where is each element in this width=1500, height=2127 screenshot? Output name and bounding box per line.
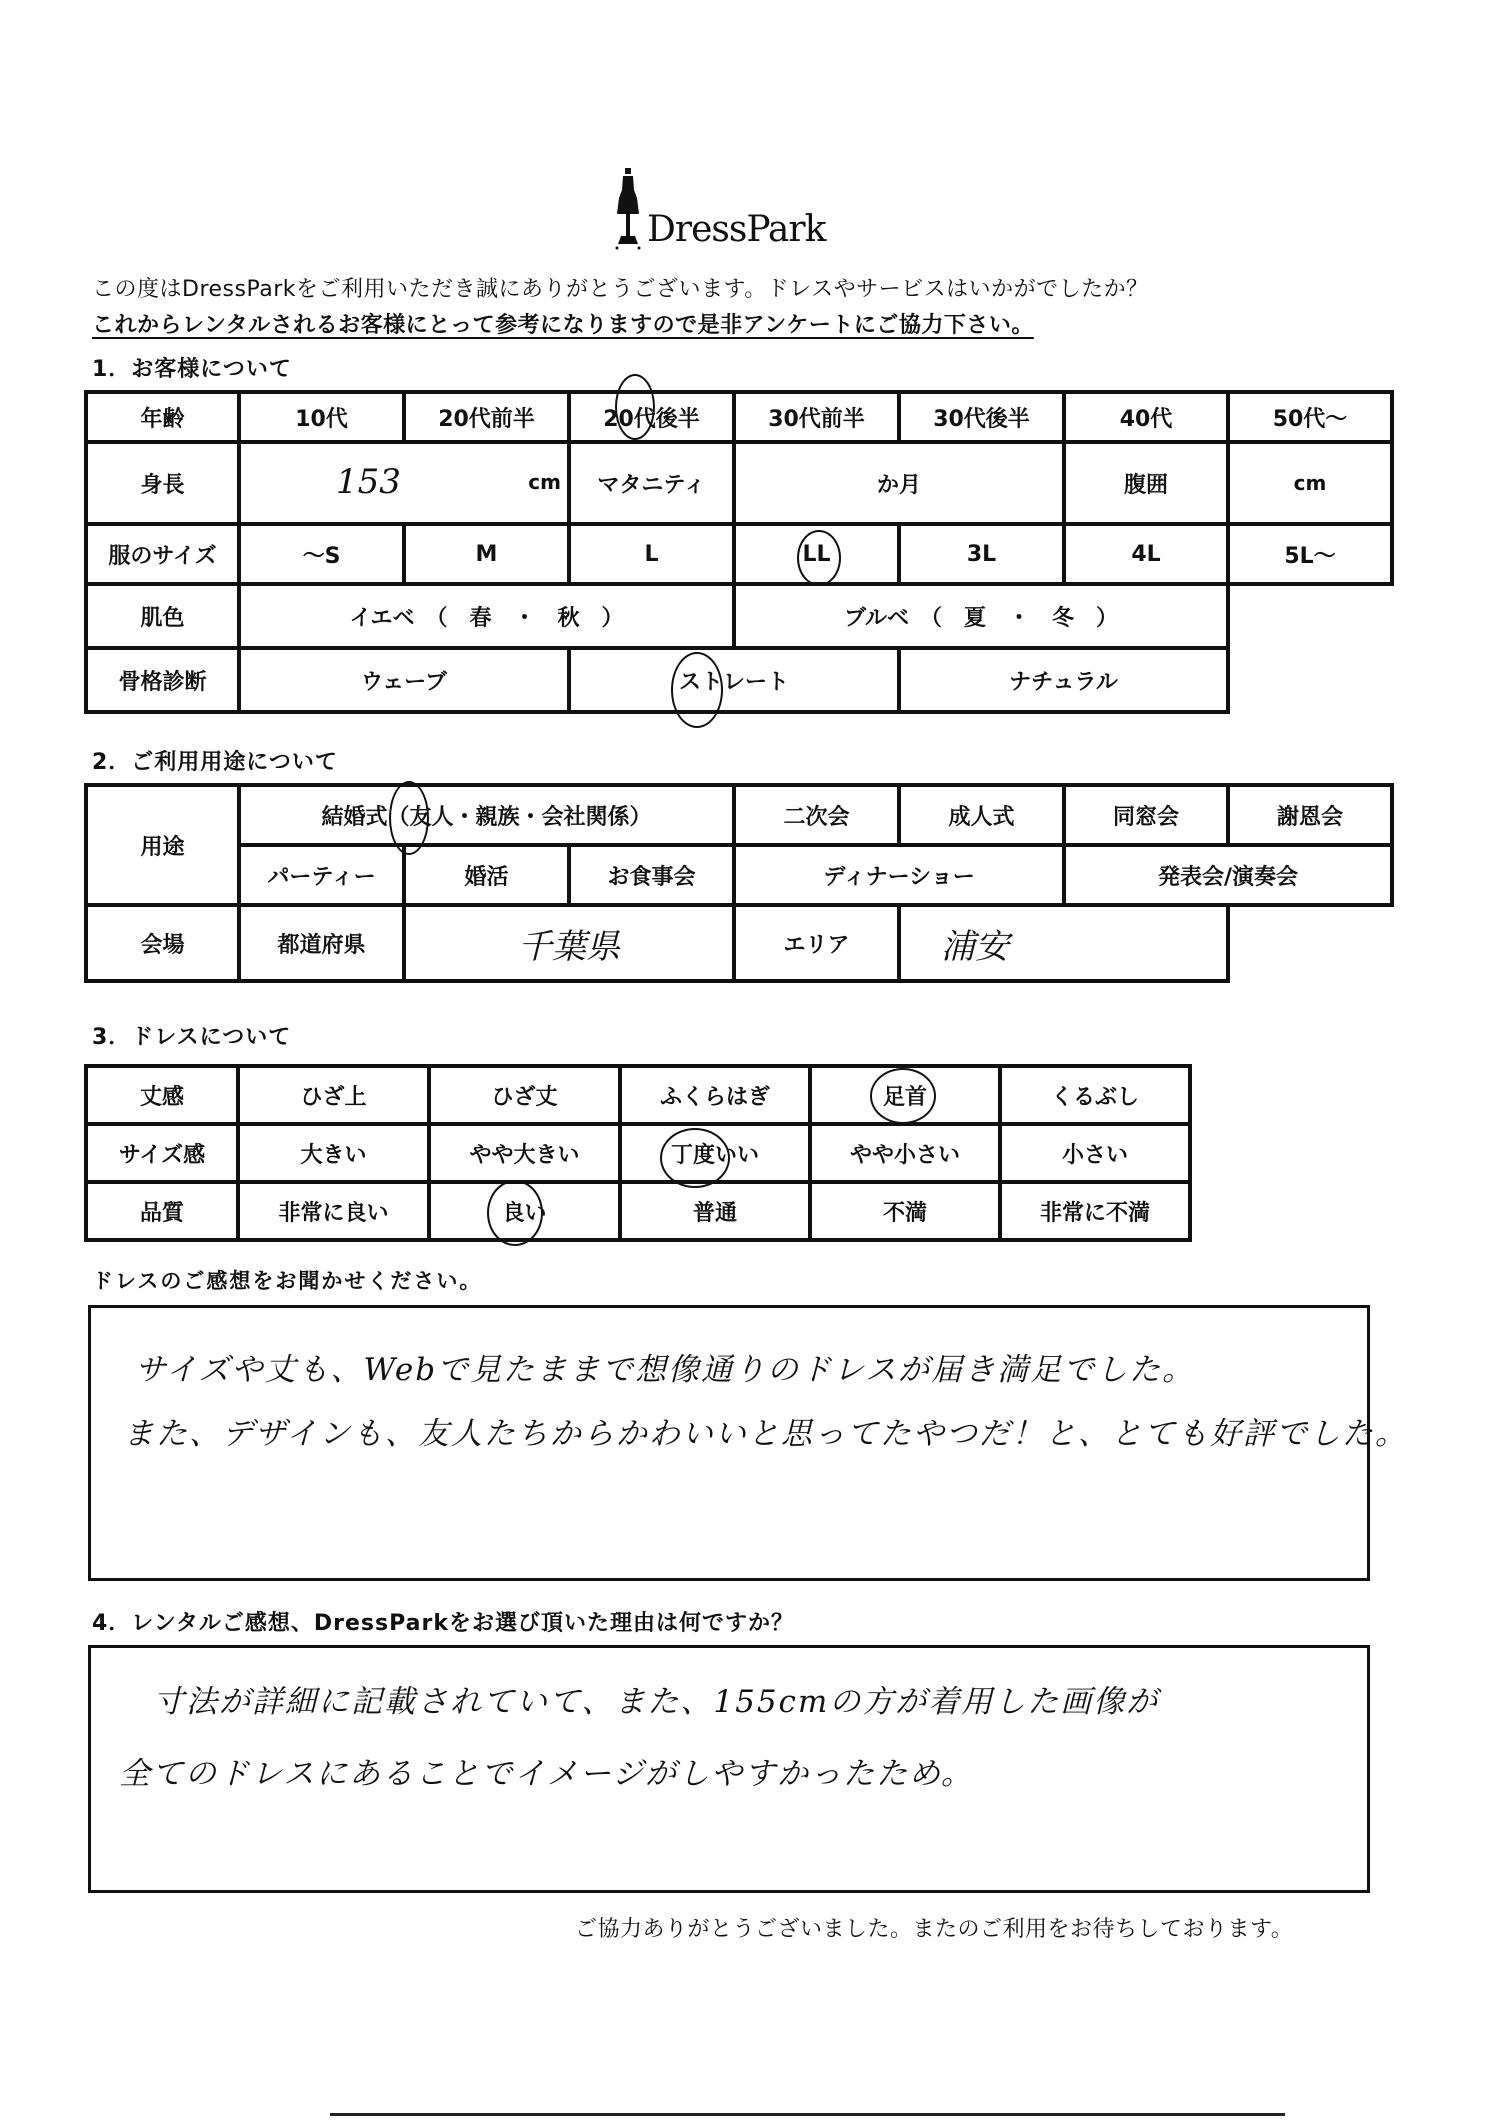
height-row: 身長 153 cm マタニティ か月 腹囲 cm: [86, 442, 1392, 524]
size-option[interactable]: L: [569, 524, 734, 584]
usage-row-2: パーティー 婚活 お食事会 ディナーショー 発表会/演奏会: [86, 845, 1392, 905]
age-label: 年齢: [86, 392, 239, 442]
dress-table: 丈感 ひざ上 ひざ丈 ふくらはぎ 足首 くるぶし サイズ感 大きい やや大きい …: [84, 1064, 1192, 1242]
customer-table: 年齢 10代 20代前半 20代後半 30代前半 30代後半 40代 50代～ …: [84, 390, 1394, 714]
impression-line-1: サイズや丈も、Webで見たままで想像通りのドレスが届き満足でした。: [135, 1344, 1195, 1389]
usage-row-1: 用途 結婚式（友人・親族・会社関係） 二次会 成人式 同窓会 謝恩会: [86, 785, 1392, 845]
waist-label: 腹囲: [1064, 442, 1228, 524]
quality-option[interactable]: 非常に不満: [1000, 1182, 1190, 1240]
blank-cell: [1228, 905, 1392, 981]
usage-option[interactable]: お食事会: [569, 845, 734, 905]
waist-field[interactable]: cm: [1228, 442, 1392, 524]
section1-title: 1．お客様について: [92, 352, 292, 383]
size-option[interactable]: M: [404, 524, 569, 584]
frame-option-selected[interactable]: ストレート: [569, 648, 899, 712]
length-option[interactable]: ふくらはぎ: [620, 1066, 810, 1124]
prefecture-label: 都道府県: [239, 905, 404, 981]
fit-option[interactable]: やや大きい: [429, 1124, 620, 1182]
intro-request: これからレンタルされるお客様にとって参考になりますので是非アンケートにご協力下さ…: [92, 308, 1034, 339]
blank-cell: [1228, 648, 1392, 712]
impression-prompt: ドレスのご感想をお聞かせください。: [92, 1265, 482, 1295]
wedding-option[interactable]: 結婚式（友人・親族・会社関係）: [239, 785, 734, 845]
age-option[interactable]: 30代後半: [899, 392, 1064, 442]
usage-option[interactable]: パーティー: [239, 845, 404, 905]
size-row: 服のサイズ ～S M L LL 3L 4L 5L～: [86, 524, 1392, 584]
length-option-selected[interactable]: 足首: [810, 1066, 1000, 1124]
purpose-label: 用途: [86, 785, 239, 905]
section4-title: 4．レンタルご感想、DressParkをお選び頂いた理由は何ですか？: [92, 1606, 794, 1637]
venue-label: 会場: [86, 905, 239, 981]
age-option-selected[interactable]: 20代後半: [569, 392, 734, 442]
height-unit: cm: [528, 470, 561, 494]
fit-option[interactable]: 大きい: [238, 1124, 429, 1182]
frame-option[interactable]: ナチュラル: [899, 648, 1228, 712]
skin-row: 肌色 イエベ （ 春 ・ 秋 ） ブルベ （ 夏 ・ 冬 ）: [86, 584, 1392, 648]
height-label: 身長: [86, 442, 239, 524]
area-label: エリア: [734, 905, 899, 981]
age-option[interactable]: 10代: [239, 392, 404, 442]
maternity-field[interactable]: か月: [734, 442, 1064, 524]
quality-option[interactable]: 普通: [620, 1182, 810, 1240]
age-option[interactable]: 20代前半: [404, 392, 569, 442]
quality-option[interactable]: 不満: [810, 1182, 1000, 1240]
area-field[interactable]: 浦安: [899, 905, 1228, 981]
size-option[interactable]: 4L: [1064, 524, 1228, 584]
size-option[interactable]: 3L: [899, 524, 1064, 584]
length-label: 丈感: [86, 1066, 238, 1124]
impression-textarea[interactable]: サイズや丈も、Webで見たままで想像通りのドレスが届き満足でした。 また、デザイ…: [88, 1305, 1370, 1581]
age-row: 年齢 10代 20代前半 20代後半 30代前半 30代後半 40代 50代～: [86, 392, 1392, 442]
blank-cell: [1228, 584, 1392, 648]
reason-line-2: 全てのドレスにあることでイメージがしやすかったため。: [119, 1748, 974, 1793]
quality-label: 品質: [86, 1182, 238, 1240]
usage-option[interactable]: 成人式: [899, 785, 1064, 845]
skin-label: 肌色: [86, 584, 239, 648]
impression-line-2: また、デザインも、友人たちからかわいいと思ってたやつだ！と、とても好評でした。: [123, 1408, 1408, 1453]
frame-option[interactable]: ウェーブ: [239, 648, 569, 712]
fit-row: サイズ感 大きい やや大きい 丁度いい やや小さい 小さい: [86, 1124, 1190, 1182]
usage-option[interactable]: 同窓会: [1064, 785, 1228, 845]
size-label: 服のサイズ: [86, 524, 239, 584]
fit-option-selected[interactable]: 丁度いい: [620, 1124, 810, 1182]
usage-option[interactable]: 婚活: [404, 845, 569, 905]
intro-text: この度はDressParkをご利用いただき誠にありがとうございます。ドレスやサー…: [92, 272, 1149, 303]
brand-name: DressPark: [647, 209, 825, 250]
scan-edge-line: [330, 2113, 1285, 2116]
size-option[interactable]: 5L～: [1228, 524, 1392, 584]
quality-option[interactable]: 非常に良い: [238, 1182, 429, 1240]
dress-mannequin-icon: [615, 168, 641, 250]
height-value: 153: [336, 462, 401, 502]
reason-textarea[interactable]: 寸法が詳細に記載されていて、また、155cmの方が着用した画像が 全てのドレスに…: [88, 1645, 1370, 1893]
length-row: 丈感 ひざ上 ひざ丈 ふくらはぎ 足首 くるぶし: [86, 1066, 1190, 1124]
venue-row: 会場 都道府県 千葉県 エリア 浦安: [86, 905, 1392, 981]
fit-option[interactable]: 小さい: [1000, 1124, 1190, 1182]
frame-label: 骨格診断: [86, 648, 239, 712]
age-option[interactable]: 40代: [1064, 392, 1228, 442]
usage-option[interactable]: 謝恩会: [1228, 785, 1392, 845]
quality-row: 品質 非常に良い 良い 普通 不満 非常に不満: [86, 1182, 1190, 1240]
reason-line-1: 寸法が詳細に記載されていて、また、155cmの方が着用した画像が: [153, 1676, 1159, 1721]
skin-option-cool[interactable]: ブルベ （ 夏 ・ 冬 ）: [734, 584, 1228, 648]
age-option[interactable]: 50代～: [1228, 392, 1392, 442]
quality-option-selected[interactable]: 良い: [429, 1182, 620, 1240]
size-option-selected[interactable]: LL: [734, 524, 899, 584]
age-option[interactable]: 30代前半: [734, 392, 899, 442]
length-option[interactable]: ひざ上: [238, 1066, 429, 1124]
length-option[interactable]: ひざ丈: [429, 1066, 620, 1124]
height-field[interactable]: 153 cm: [239, 442, 569, 524]
prefecture-field[interactable]: 千葉県: [404, 905, 734, 981]
skin-option-warm[interactable]: イエベ （ 春 ・ 秋 ）: [239, 584, 734, 648]
usage-option[interactable]: 二次会: [734, 785, 899, 845]
brand-logo: DressPark: [615, 168, 825, 250]
fit-label: サイズ感: [86, 1124, 238, 1182]
usage-option[interactable]: 発表会/演奏会: [1064, 845, 1392, 905]
maternity-label: マタニティ: [569, 442, 734, 524]
fit-option[interactable]: やや小さい: [810, 1124, 1000, 1182]
footer-thanks: ご協力ありがとうございました。またのご利用をお待ちしております。: [575, 1912, 1293, 1943]
size-option[interactable]: ～S: [239, 524, 404, 584]
section2-title: 2．ご利用用途について: [92, 745, 338, 776]
length-option[interactable]: くるぶし: [1000, 1066, 1190, 1124]
frame-row: 骨格診断 ウェーブ ストレート ナチュラル: [86, 648, 1392, 712]
usage-table: 用途 結婚式（友人・親族・会社関係） 二次会 成人式 同窓会 謝恩会 パーティー…: [84, 783, 1394, 983]
section3-title: 3．ドレスについて: [92, 1020, 291, 1051]
usage-option[interactable]: ディナーショー: [734, 845, 1064, 905]
